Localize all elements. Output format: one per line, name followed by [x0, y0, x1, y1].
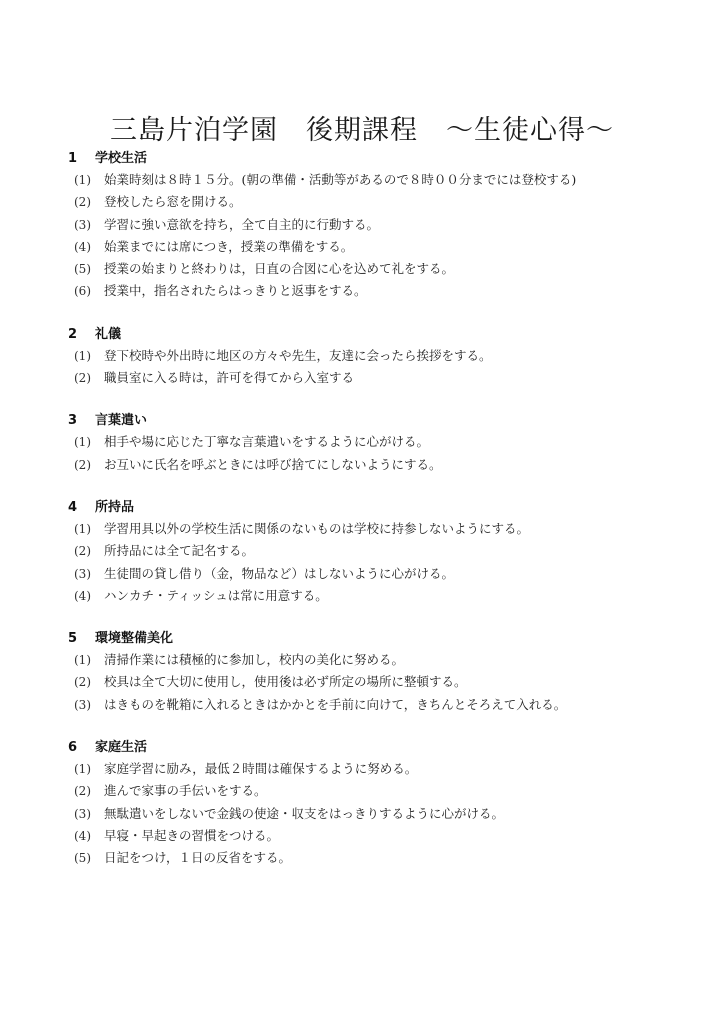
rule-item: (1)相手や場に応じた丁寧な言葉遣いをするように心がける。 [66, 431, 686, 453]
rule-item: (2)所持品には全て記名する。 [66, 540, 686, 562]
rule-item: (4)ハンカチ・ティッシュは常に用意する。 [66, 585, 686, 607]
rule-text: ハンカチ・ティッシュは常に用意する。 [104, 585, 328, 607]
rule-list: (1)家庭学習に励み，最低２時間は確保するように努める。(2)進んで家事の手伝い… [66, 758, 686, 869]
section-title: 家庭生活 [95, 738, 147, 758]
rule-number: (2) [66, 671, 104, 693]
section-number: 6 [66, 738, 95, 758]
rule-item: (3)はきものを靴箱に入れるときはかかとを手前に向けて，きちんとそろえて入れる。 [66, 694, 686, 716]
rule-item: (1)学習用具以外の学校生活に関係のないものは学校に持参しないようにする。 [66, 518, 686, 540]
section-title: 言葉遣い [95, 411, 147, 431]
rule-number: (5) [66, 847, 104, 869]
rule-item: (3)学習に強い意欲を持ち，全て自主的に行動する。 [66, 214, 686, 236]
rule-text: 始業までには席につき，授業の準備をする。 [104, 236, 353, 258]
section-belongings: 4所持品(1)学習用具以外の学校生活に関係のないものは学校に持参しないようにする… [66, 498, 686, 607]
rule-text: 日記をつけ，１日の反省をする。 [104, 847, 291, 869]
section-title: 学校生活 [95, 149, 147, 169]
rule-text: 所持品には全て記名する。 [104, 540, 254, 562]
section-title: 礼儀 [95, 325, 121, 345]
rule-text: 早寝・早起きの習慣をつける。 [104, 825, 279, 847]
rule-item: (1)登下校時や外出時に地区の方々や先生，友達に会ったら挨拶をする。 [66, 345, 686, 367]
section-title: 所持品 [95, 498, 134, 518]
rule-number: (4) [66, 585, 104, 607]
rule-text: 職員室に入る時は，許可を得てから入室する [104, 367, 354, 389]
section-heading: 2礼儀 [66, 325, 686, 345]
rule-item: (3)生徒間の貸し借り（金，物品など）はしないように心がける。 [66, 563, 686, 585]
rule-number: (4) [66, 825, 104, 847]
section-number: 4 [66, 498, 95, 518]
section-heading: 1学校生活 [66, 149, 686, 169]
rule-text: 始業時刻は８時１５分。(朝の準備・活動等があるので８時００分までには登校する) [104, 169, 576, 191]
document-title: 三島片泊学園 後期課程 ～生徒心得～ [0, 108, 724, 147]
rule-number: (4) [66, 236, 104, 258]
rule-item: (1)始業時刻は８時１５分。(朝の準備・活動等があるので８時００分までには登校す… [66, 169, 686, 191]
section-title: 環境整備美化 [95, 629, 173, 649]
rule-list: (1)相手や場に応じた丁寧な言葉遣いをするように心がける。(2)お互いに氏名を呼… [66, 431, 686, 476]
rule-text: 無駄遣いをしないで金銭の使途・収支をはっきりするように心がける。 [104, 803, 504, 825]
rule-number: (6) [66, 280, 104, 302]
section-heading: 6家庭生活 [66, 738, 686, 758]
section-number: 5 [66, 629, 95, 649]
rule-number: (5) [66, 258, 104, 280]
rule-text: はきものを靴箱に入れるときはかかとを手前に向けて，きちんとそろえて入れる。 [104, 694, 566, 716]
rule-text: 授業中，指名されたらはっきりと返事をする。 [104, 280, 367, 302]
rule-text: 登校したら窓を開ける。 [104, 191, 242, 213]
rule-item: (2)校具は全て大切に使用し，使用後は必ず所定の場所に整頓する。 [66, 671, 686, 693]
rule-list: (1)学習用具以外の学校生活に関係のないものは学校に持参しないようにする。(2)… [66, 518, 686, 607]
section-heading: 4所持品 [66, 498, 686, 518]
rule-text: 授業の始まりと終わりは，日直の合図に心を込めて礼をする。 [104, 258, 454, 280]
rule-number: (2) [66, 540, 104, 562]
rule-number: (1) [66, 758, 104, 780]
rule-item: (1)家庭学習に励み，最低２時間は確保するように努める。 [66, 758, 686, 780]
rule-text: 学習用具以外の学校生活に関係のないものは学校に持参しないようにする。 [104, 518, 529, 540]
rule-text: 登下校時や外出時に地区の方々や先生，友達に会ったら挨拶をする。 [104, 345, 492, 367]
rule-item: (3)無駄遣いをしないで金銭の使途・収支をはっきりするように心がける。 [66, 803, 686, 825]
rule-list: (1)始業時刻は８時１５分。(朝の準備・活動等があるので８時００分までには登校す… [66, 169, 686, 303]
rule-number: (1) [66, 169, 104, 191]
rule-item: (2)お互いに氏名を呼ぶときには呼び捨てにしないようにする。 [66, 454, 686, 476]
rule-number: (1) [66, 518, 104, 540]
rule-number: (3) [66, 694, 104, 716]
section-heading: 3言葉遣い [66, 411, 686, 431]
section-etiquette: 2礼儀(1)登下校時や外出時に地区の方々や先生，友達に会ったら挨拶をする。(2)… [66, 325, 686, 390]
rule-item: (2)職員室に入る時は，許可を得てから入室する [66, 367, 686, 389]
rule-text: お互いに氏名を呼ぶときには呼び捨てにしないようにする。 [104, 454, 442, 476]
rule-item: (4)始業までには席につき，授業の準備をする。 [66, 236, 686, 258]
rule-number: (3) [66, 803, 104, 825]
rule-text: 家庭学習に励み，最低２時間は確保するように努める。 [104, 758, 417, 780]
section-number: 1 [66, 149, 95, 169]
rule-number: (1) [66, 649, 104, 671]
rule-list: (1)登下校時や外出時に地区の方々や先生，友達に会ったら挨拶をする。(2)職員室… [66, 345, 686, 390]
section-number: 2 [66, 325, 95, 345]
rules-content: 1学校生活(1)始業時刻は８時１５分。(朝の準備・活動等があるので８時００分まで… [66, 149, 686, 892]
rule-number: (2) [66, 780, 104, 802]
rule-text: 清掃作業には積極的に参加し，校内の美化に努める。 [104, 649, 404, 671]
rule-text: 校具は全て大切に使用し，使用後は必ず所定の場所に整頓する。 [104, 671, 467, 693]
rule-text: 学習に強い意欲を持ち，全て自主的に行動する。 [104, 214, 379, 236]
rule-number: (3) [66, 563, 104, 585]
rule-item: (5)日記をつけ，１日の反省をする。 [66, 847, 686, 869]
rule-number: (2) [66, 367, 104, 389]
rule-item: (4)早寝・早起きの習慣をつける。 [66, 825, 686, 847]
rule-text: 生徒間の貸し借り（金，物品など）はしないように心がける。 [104, 563, 454, 585]
rule-number: (2) [66, 191, 104, 213]
rule-item: (6)授業中，指名されたらはっきりと返事をする。 [66, 280, 686, 302]
section-environment: 5環境整備美化(1)清掃作業には積極的に参加し，校内の美化に努める。(2)校具は… [66, 629, 686, 716]
rule-item: (1)清掃作業には積極的に参加し，校内の美化に努める。 [66, 649, 686, 671]
rule-number: (1) [66, 431, 104, 453]
section-number: 3 [66, 411, 95, 431]
rule-item: (2)進んで家事の手伝いをする。 [66, 780, 686, 802]
rule-text: 進んで家事の手伝いをする。 [104, 780, 267, 802]
rule-item: (5)授業の始まりと終わりは，日直の合図に心を込めて礼をする。 [66, 258, 686, 280]
rule-number: (3) [66, 214, 104, 236]
rule-number: (1) [66, 345, 104, 367]
rule-list: (1)清掃作業には積極的に参加し，校内の美化に努める。(2)校具は全て大切に使用… [66, 649, 686, 716]
section-language: 3言葉遣い(1)相手や場に応じた丁寧な言葉遣いをするように心がける。(2)お互い… [66, 411, 686, 476]
rule-text: 相手や場に応じた丁寧な言葉遣いをするように心がける。 [104, 431, 429, 453]
rule-item: (2)登校したら窓を開ける。 [66, 191, 686, 213]
rule-number: (2) [66, 454, 104, 476]
section-heading: 5環境整備美化 [66, 629, 686, 649]
section-home-life: 6家庭生活(1)家庭学習に励み，最低２時間は確保するように努める。(2)進んで家… [66, 738, 686, 869]
section-school-life: 1学校生活(1)始業時刻は８時１５分。(朝の準備・活動等があるので８時００分まで… [66, 149, 686, 303]
